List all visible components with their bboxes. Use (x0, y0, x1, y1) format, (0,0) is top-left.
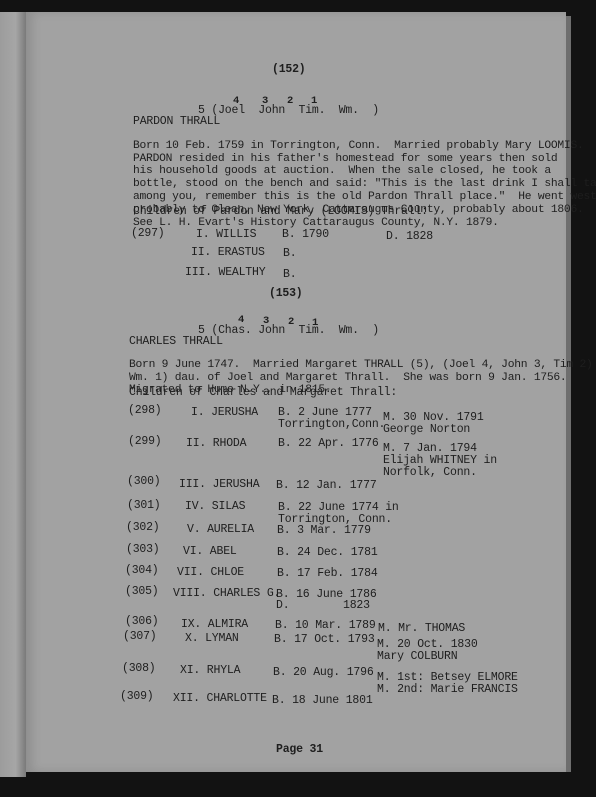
child-birth: B. 24 Dec. 1781 (277, 546, 378, 559)
child-birth-place: Torrington,Conn. (278, 418, 385, 431)
child-number: (303) (126, 543, 160, 556)
child-name: I. JERUSHA (191, 406, 258, 419)
child-number: (300) (127, 475, 161, 488)
child-name: XI. RHYLA (180, 664, 240, 677)
child-number: (307) (123, 630, 157, 643)
child-number: (301) (127, 499, 161, 512)
child-name: III. WEALTHY (185, 266, 265, 279)
paragraph-line: among you, remember this is the old Pard… (133, 191, 596, 204)
child-birth: B. 1790 (282, 228, 329, 241)
child-spouse: George Norton (383, 423, 470, 436)
child-marriage-2: M. 2nd: Marie FRANCIS (377, 683, 518, 696)
child-birth: B. 22 Apr. 1776 (278, 437, 379, 450)
paragraph-line: his household goods at auction. When the… (133, 165, 596, 178)
child-number: (309) (120, 690, 154, 703)
page-footer: Page 31 (276, 743, 323, 756)
page-header-number: (152) (272, 63, 306, 76)
child-number: (306) (125, 615, 159, 628)
child-birth: B. (283, 268, 296, 281)
child-number: (302) (126, 521, 160, 534)
child-number: (305) (125, 585, 159, 598)
child-name: II. ERASTUS (191, 246, 265, 259)
paragraph-line: Born 10 Feb. 1759 in Torrington, Conn. M… (133, 140, 596, 153)
children-heading: Children of Pardon and Mary (LOOMIS) Thr… (133, 205, 428, 218)
child-name: VI. ABEL (183, 545, 237, 558)
children-heading: Children of Charles and Margaret Thrall: (129, 386, 397, 399)
child-birth: B. 10 Mar. 1789 (275, 619, 376, 632)
lineage: 5 (Joel John Tim. Wm. ) (198, 104, 379, 117)
paragraph-line: Born 9 June 1747. Married Margaret THRAL… (129, 359, 593, 372)
child-number: (297) (131, 227, 165, 240)
biography-paragraph: Born 9 June 1747. Married Margaret THRAL… (129, 346, 593, 410)
child-marriage-place: Norfolk, Conn. (383, 466, 477, 479)
child-birth: B. 17 Oct. 1793 (274, 633, 375, 646)
paragraph-line: Wm. 1) dau. of Joel and Margaret Thrall.… (129, 372, 593, 385)
entry-number: (153) (269, 287, 303, 300)
book-spine (0, 12, 26, 777)
child-birth: B. 12 Jan. 1777 (276, 479, 377, 492)
child-name: V. AURELIA (187, 523, 254, 536)
child-number: (304) (125, 564, 159, 577)
child-death: D. 1823 (276, 599, 370, 612)
child-marriage: M. Mr. THOMAS (378, 622, 465, 635)
paragraph-line: PARDON resided in his father's homestead… (133, 153, 596, 166)
child-number: (299) (128, 435, 162, 448)
child-number: (298) (128, 404, 162, 417)
child-name: II. RHODA (186, 437, 246, 450)
child-birth: B. (283, 247, 296, 260)
child-note: D. 1828 (386, 230, 433, 243)
lineage: 5 (Chas. John Tim. Wm. ) (198, 324, 379, 337)
child-number: (308) (122, 662, 156, 675)
child-name: X. LYMAN (185, 632, 239, 645)
child-name: IX. ALMIRA (181, 618, 248, 631)
child-spouse: Mary COLBURN (377, 650, 457, 663)
child-name: IV. SILAS (185, 500, 245, 513)
child-name: VII. CHLOE (177, 566, 244, 579)
biography-paragraph: Born 10 Feb. 1759 in Torrington, Conn. M… (133, 127, 596, 242)
child-birth: B. 3 Mar. 1779 (277, 524, 371, 537)
child-birth: B. 20 Aug. 1796 (273, 666, 374, 679)
child-birth: B. 18 June 1801 (272, 694, 373, 707)
child-name: VIII. CHARLES G. (173, 587, 280, 600)
child-name: III. JERUSHA (179, 478, 259, 491)
child-name: I. WILLIS (196, 228, 256, 241)
child-birth: B. 17 Feb. 1784 (277, 567, 378, 580)
paragraph-line: bottle, stood on the bench and said: "Th… (133, 178, 596, 191)
child-name: XII. CHARLOTTE (173, 692, 267, 705)
